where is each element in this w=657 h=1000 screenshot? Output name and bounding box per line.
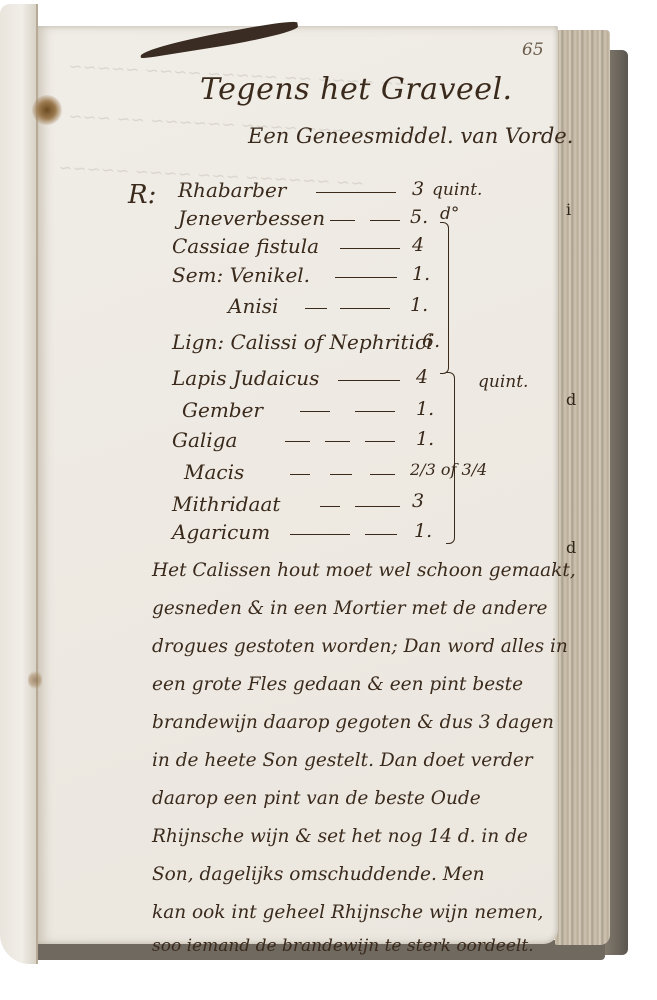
leader-line: [300, 411, 330, 412]
leader-line: [365, 441, 395, 442]
instruction-line: Het Calissen hout moet wel schoon gemaak…: [152, 560, 576, 581]
instruction-line: gesneden & in een Mortier met de andere: [152, 598, 547, 619]
ingredient-qty: 4: [412, 234, 424, 256]
leader-line: [365, 534, 397, 535]
bracket-unit: quint.: [478, 372, 528, 392]
prescription-mark: R:: [128, 180, 156, 210]
leader-line: [320, 506, 340, 507]
page-edges-block: [555, 30, 610, 945]
page-title: Tegens het Graveel.: [200, 72, 513, 107]
edge-mark: i: [566, 200, 571, 219]
instruction-line: Son, dagelijks omschuddende. Men: [152, 864, 485, 885]
leader-line: [330, 220, 355, 221]
ingredient-name: Rhabarber: [178, 178, 286, 202]
edge-mark: d: [566, 538, 576, 557]
ingredient-qty: 1.: [412, 263, 430, 285]
ingredient-qty: 4: [416, 366, 428, 388]
leader-line: [290, 474, 310, 475]
ingredient-qty: 1.: [416, 428, 434, 450]
instruction-line: drogues gestoten worden; Dan word alles …: [152, 636, 568, 657]
instruction-line: daarop een pint van de beste Oude: [152, 788, 481, 809]
page-subtitle: Een Geneesmiddel. van Vorde.: [248, 124, 573, 148]
ingredient-name: Agaricum: [172, 520, 270, 544]
leader-line: [370, 474, 395, 475]
ingredient-name: Galiga: [172, 428, 237, 452]
foxing-stain: [28, 670, 42, 690]
leader-line: [316, 192, 396, 193]
book-photo: ~~~ ~~~~ ~~ ~~~~~ ~~~~ ~~~~~ ~~~~~ ~~~ ~…: [0, 0, 657, 1000]
ingredient-qty: 1.: [416, 398, 434, 420]
edge-mark: d: [566, 390, 576, 409]
instruction-line: een grote Fles gedaan & een pint beste: [152, 674, 523, 695]
ingredient-unit: d°: [440, 204, 459, 224]
leader-line: [355, 411, 395, 412]
instruction-line: kan ook int geheel Rhijnsche wijn nemen,: [152, 902, 543, 923]
ingredient-name: Lign: Calissi of Nephritici: [172, 330, 433, 354]
instruction-line: Rhijnsche wijn & set het nog 14 d. in de: [152, 826, 528, 847]
leader-line: [330, 474, 352, 475]
ingredient-name: Lapis Judaicus: [172, 366, 319, 390]
leader-line: [355, 506, 400, 507]
facing-page: [0, 4, 38, 964]
ingredient-qty: 1.: [410, 294, 428, 316]
page-number: 65: [522, 40, 544, 60]
ingredient-qty: 3: [412, 178, 424, 200]
instruction-line: soo iemand de brandewijn te sterk oordee…: [152, 936, 534, 956]
leader-line: [285, 441, 310, 442]
ingredient-name: Jeneverbessen: [178, 206, 325, 230]
leader-line: [335, 277, 397, 278]
ingredient-name: Macis: [184, 460, 244, 484]
leader-line: [305, 308, 327, 309]
leader-line: [340, 308, 390, 309]
leader-line: [370, 220, 400, 221]
ingredient-name: Anisi: [228, 294, 278, 318]
ingredient-qty: 5.: [410, 206, 428, 228]
instruction-line: brandewijn daarop gegoten & dus 3 dagen: [152, 712, 554, 733]
ingredient-qty: 6.: [422, 330, 440, 352]
ingredient-bracket: [440, 222, 449, 374]
ingredient-qty: 1.: [414, 520, 432, 542]
instruction-line: in de heete Son gestelt. Dan doet verder: [152, 750, 533, 771]
ingredient-bracket: [446, 372, 455, 544]
leader-line: [290, 534, 350, 535]
leader-line: [340, 248, 400, 249]
leader-line: [338, 380, 400, 381]
ingredient-name: Gember: [182, 398, 263, 422]
leader-line: [325, 441, 350, 442]
ingredient-name: Sem: Venikel.: [172, 263, 310, 287]
ingredient-qty: 3: [412, 490, 424, 512]
ingredient-name: Cassiae fistula: [172, 234, 319, 258]
ingredient-name: Mithridaat: [172, 492, 280, 516]
ingredient-unit: quint.: [432, 180, 482, 200]
foxing-stain: [32, 95, 62, 125]
